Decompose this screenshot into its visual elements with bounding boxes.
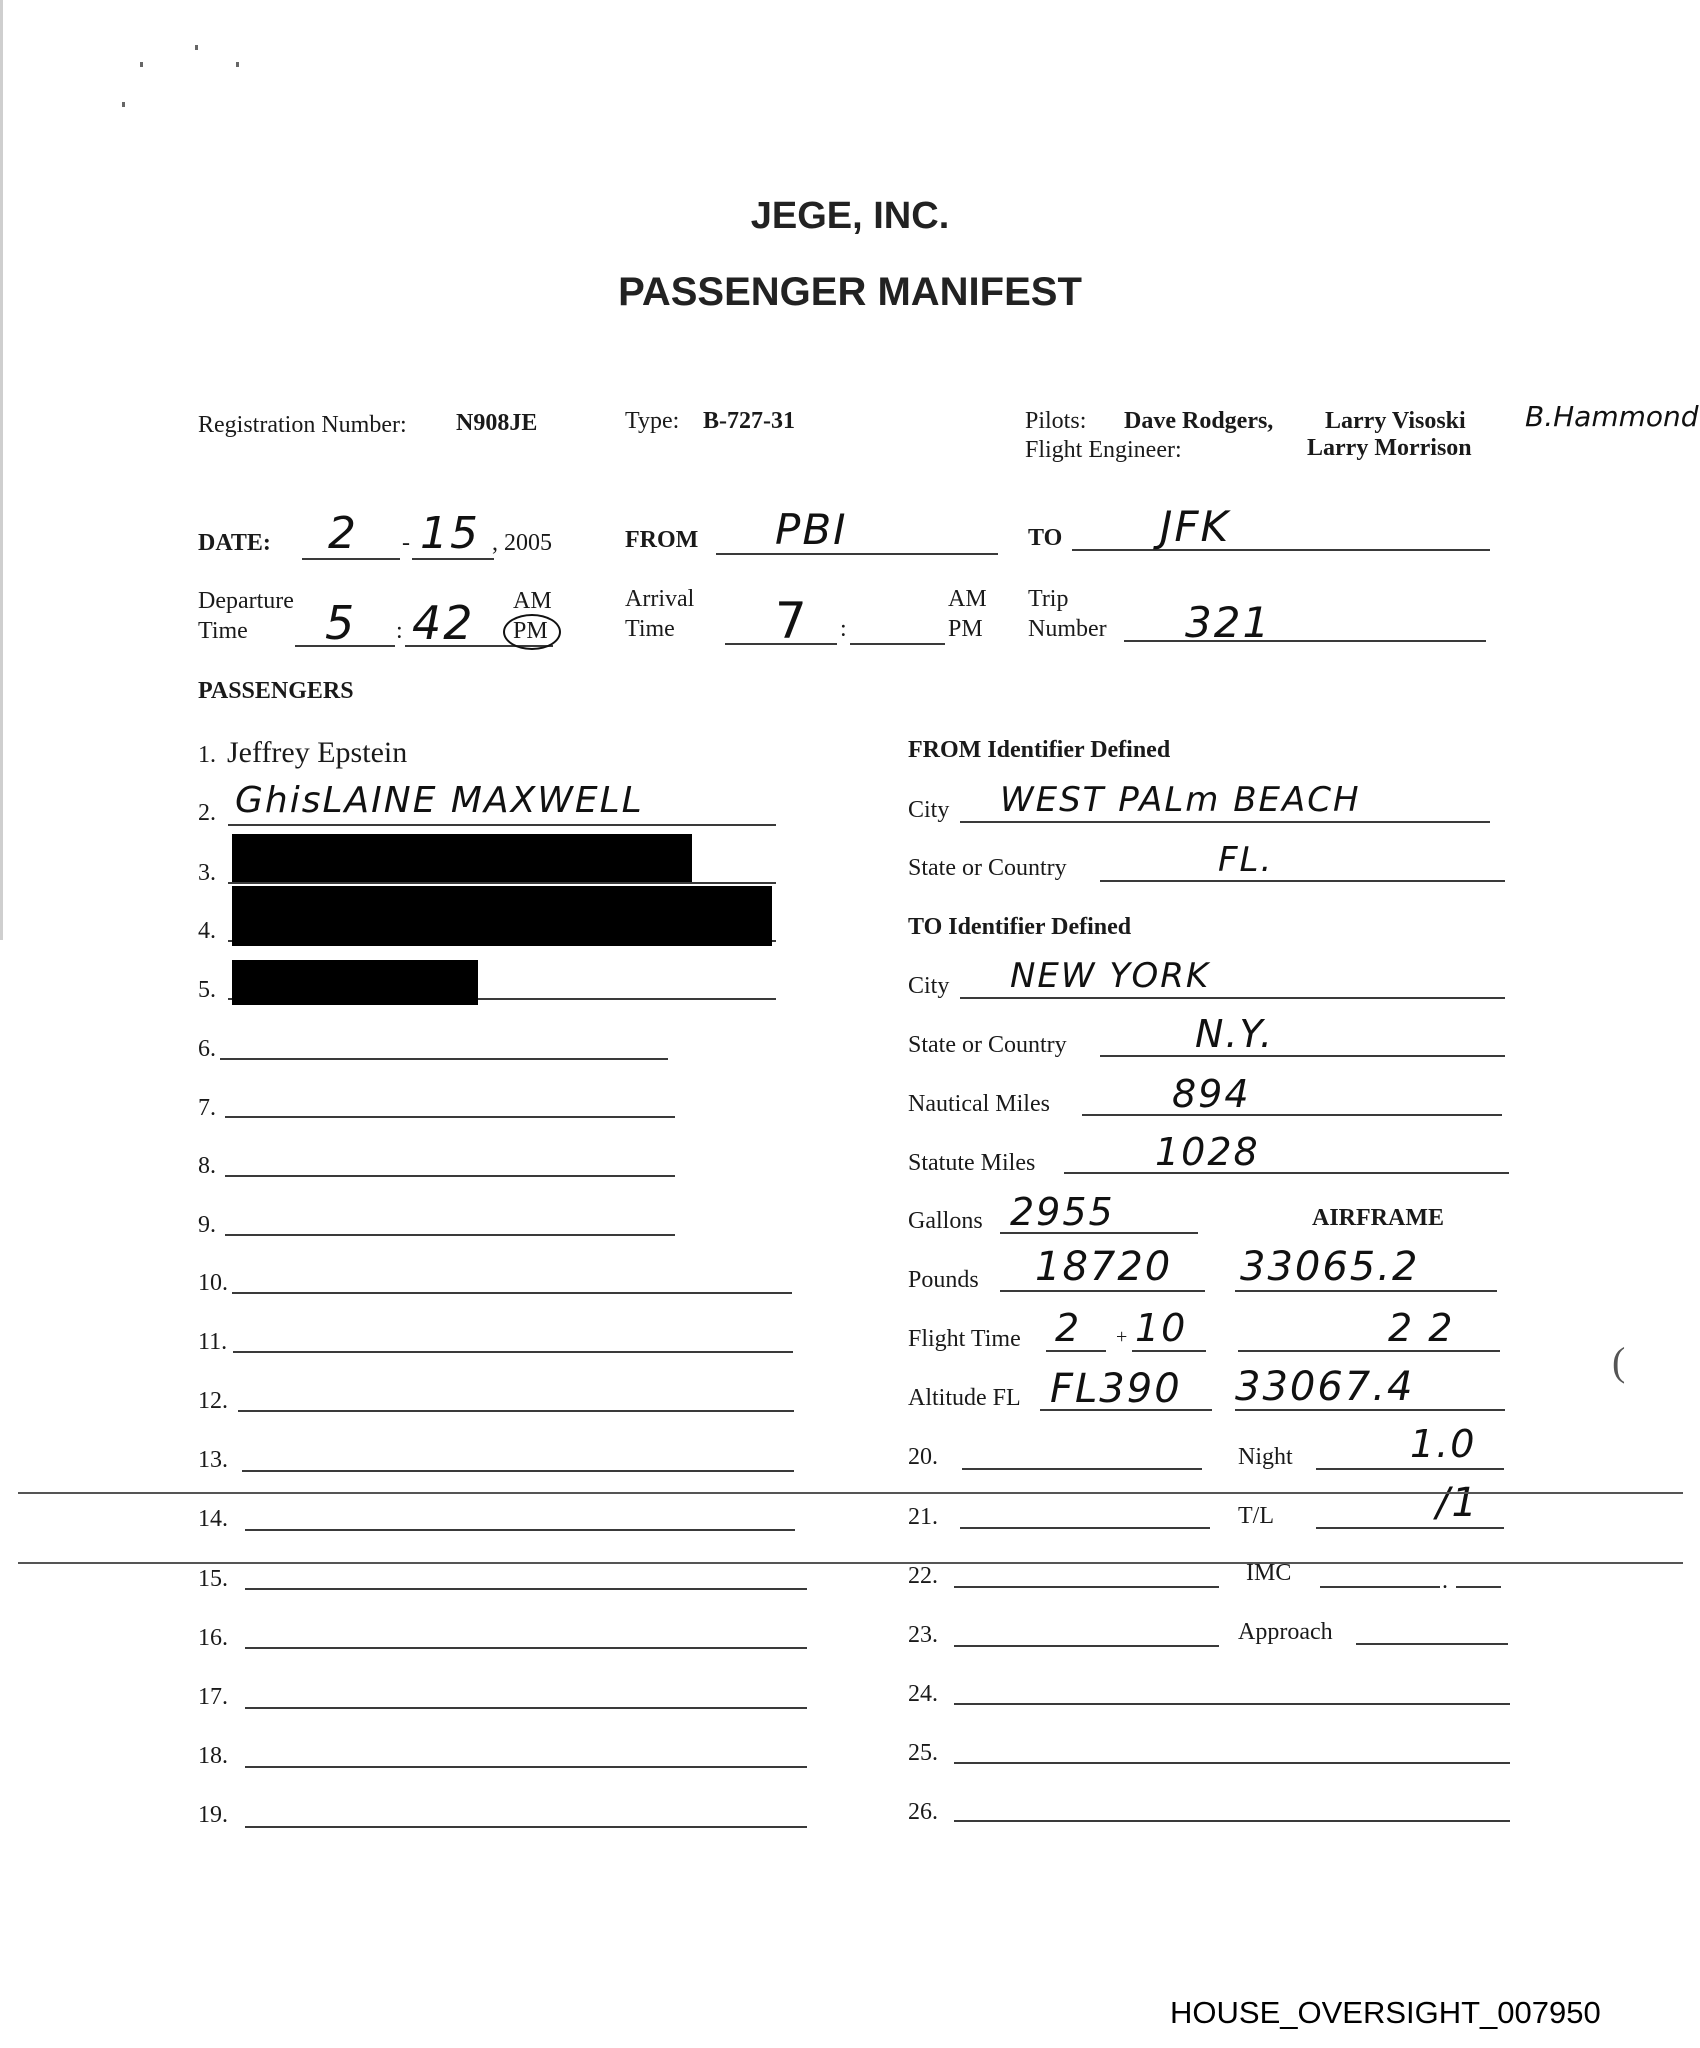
from-label: FROM: [625, 527, 698, 554]
gallons-label: Gallons: [908, 1208, 983, 1235]
passenger-num-14: 14.: [198, 1506, 228, 1533]
type-label: Type:: [625, 408, 679, 435]
passenger-line-25[interactable]: [954, 1762, 1510, 1764]
pilot-2: Larry Visoski: [1325, 408, 1466, 435]
passenger-num-26: 26.: [908, 1799, 938, 1826]
pounds-line: [1000, 1290, 1205, 1292]
to-value[interactable]: JFK: [1160, 502, 1230, 551]
passenger-line-7[interactable]: [225, 1116, 675, 1118]
passenger-num-9: 9.: [198, 1212, 216, 1239]
scan-rule-1: [18, 1492, 1683, 1494]
flight-time-m-line: [1132, 1350, 1206, 1352]
to-label: TO: [1028, 525, 1062, 552]
date-month[interactable]: 2: [328, 508, 358, 559]
passenger-line-26[interactable]: [954, 1820, 1510, 1822]
passenger-line-15[interactable]: [245, 1588, 807, 1590]
flight-time-label: Flight Time: [908, 1326, 1021, 1353]
passenger-line-21[interactable]: [960, 1527, 1210, 1529]
passenger-line-13[interactable]: [242, 1470, 794, 1472]
from-state[interactable]: FL.: [1218, 840, 1273, 880]
redaction-box-3: [232, 834, 692, 882]
from-city-line: [960, 821, 1490, 823]
passenger-num-17: 17.: [198, 1684, 228, 1711]
pounds[interactable]: 18720: [1035, 1244, 1172, 1290]
passenger-num-4: 4.: [198, 918, 216, 945]
arrival-am[interactable]: AM: [948, 586, 987, 613]
departure-hour[interactable]: 5: [325, 596, 356, 650]
to-state[interactable]: N.Y.: [1195, 1012, 1274, 1056]
passenger-num-23: 23.: [908, 1622, 938, 1649]
pilot-handwritten: B.Hammond: [1525, 400, 1699, 433]
registration-label: Registration Number:: [198, 412, 407, 439]
passenger-num-15: 15.: [198, 1566, 228, 1593]
passenger-line-23[interactable]: [954, 1645, 1219, 1647]
from-state-line: [1100, 880, 1505, 882]
passenger-num-5: 5.: [198, 977, 216, 1004]
pilot-1: Dave Rodgers,: [1124, 408, 1273, 435]
night-line: [1316, 1468, 1504, 1470]
type-value: B-727-31: [703, 408, 795, 435]
approach-label: Approach: [1238, 1619, 1333, 1646]
passenger-line-2: [228, 824, 776, 826]
night-label: Night: [1238, 1444, 1293, 1471]
airframe-delta[interactable]: 2 2: [1388, 1306, 1454, 1350]
to-state-line: [1100, 1055, 1505, 1057]
passenger-line-16[interactable]: [245, 1647, 807, 1649]
pilots-label: Pilots:: [1025, 408, 1086, 435]
margin-mark: (: [1612, 1338, 1625, 1385]
flight-time-hours[interactable]: 2: [1055, 1306, 1081, 1350]
to-state-label: State or Country: [908, 1032, 1067, 1059]
departure-am[interactable]: AM: [513, 588, 552, 615]
passenger-line-24[interactable]: [954, 1703, 1510, 1705]
scan-rule-2: [18, 1562, 1683, 1564]
nautical-miles-label: Nautical Miles: [908, 1091, 1050, 1118]
date-year: , 2005: [492, 530, 552, 557]
passenger-name-1[interactable]: Jeffrey Epstein: [227, 736, 407, 770]
passenger-line-17[interactable]: [245, 1707, 807, 1709]
arrival-min-line: [850, 643, 945, 645]
imc-line-2: [1456, 1586, 1501, 1588]
tl-line: [1316, 1527, 1504, 1529]
company-name: JEGE, INC.: [0, 195, 1700, 238]
altitude[interactable]: FL390: [1050, 1366, 1182, 1412]
passenger-num-19: 19.: [198, 1802, 228, 1829]
passenger-name-2[interactable]: GhisLAINE MAXWELL: [235, 780, 644, 821]
altitude-label: Altitude FL: [908, 1385, 1021, 1412]
registration-value: N908JE: [456, 410, 537, 437]
departure-time-sep: :: [396, 618, 403, 645]
departure-label-1: Departure: [198, 588, 294, 615]
passenger-line-8[interactable]: [225, 1175, 675, 1177]
engineer-value: Larry Morrison: [1307, 435, 1472, 462]
passenger-num-1: 1.: [198, 742, 216, 769]
scan-speck: [122, 102, 125, 107]
arrival-label-1: Arrival: [625, 586, 694, 613]
pm-selected-circle: [503, 614, 561, 650]
nautical-miles[interactable]: 894: [1172, 1072, 1251, 1116]
passenger-num-18: 18.: [198, 1743, 228, 1770]
airframe-heading: AIRFRAME: [1312, 1205, 1444, 1232]
passenger-line-12[interactable]: [238, 1410, 794, 1412]
scan-speck: [195, 45, 198, 50]
approach-line[interactable]: [1356, 1643, 1508, 1645]
document-title: PASSENGER MANIFEST: [0, 270, 1700, 315]
arrival-time-sep: :: [840, 616, 847, 643]
passenger-num-25: 25.: [908, 1740, 938, 1767]
passenger-line-20[interactable]: [962, 1468, 1202, 1470]
flight-time-h-line: [1046, 1350, 1106, 1352]
date-day[interactable]: 15: [420, 508, 480, 559]
to-identifier-heading: TO Identifier Defined: [908, 914, 1131, 941]
from-state-label: State or Country: [908, 855, 1067, 882]
passenger-num-20: 20.: [908, 1444, 938, 1471]
to-line: [1072, 549, 1490, 551]
passenger-num-8: 8.: [198, 1153, 216, 1180]
date-label: DATE:: [198, 530, 271, 557]
passengers-heading: PASSENGERS: [198, 678, 354, 705]
passenger-num-13: 13.: [198, 1447, 228, 1474]
airframe-start-line: [1235, 1290, 1497, 1292]
flight-time-minutes[interactable]: 10: [1135, 1306, 1187, 1350]
imc-line-1: [1320, 1586, 1440, 1588]
statute-miles-line: [1064, 1172, 1509, 1174]
passenger-num-2: 2.: [198, 800, 216, 827]
passenger-line-6[interactable]: [220, 1058, 668, 1060]
from-city-label: City: [908, 797, 949, 824]
passenger-line-3: [228, 882, 776, 884]
trip-line: [1124, 640, 1486, 642]
statute-miles-label: Statute Miles: [908, 1150, 1035, 1177]
passenger-line-11[interactable]: [233, 1351, 793, 1353]
passenger-line-9[interactable]: [225, 1234, 675, 1236]
to-city-label: City: [908, 973, 949, 1000]
tl[interactable]: /1: [1436, 1480, 1479, 1526]
departure-min[interactable]: 42: [412, 596, 475, 650]
to-city[interactable]: NEW YORK: [1010, 956, 1210, 996]
to-city-line: [960, 997, 1505, 999]
airframe-end[interactable]: 33067.4: [1235, 1364, 1414, 1410]
scan-speck: [140, 62, 143, 67]
passenger-num-24: 24.: [908, 1681, 938, 1708]
passenger-num-11: 11.: [198, 1329, 227, 1356]
statute-miles[interactable]: 1028: [1155, 1130, 1260, 1174]
arrival-pm[interactable]: PM: [948, 616, 983, 643]
arrival-hour[interactable]: 7: [775, 592, 809, 650]
airframe-delta-line: [1238, 1350, 1500, 1352]
passenger-num-22: 22.: [908, 1563, 938, 1590]
night[interactable]: 1.0: [1410, 1422, 1476, 1466]
scan-speck: [236, 62, 239, 67]
passenger-num-16: 16.: [198, 1625, 228, 1652]
from-line: [716, 553, 998, 555]
passenger-num-21: 21.: [908, 1504, 938, 1531]
passenger-num-12: 12.: [198, 1388, 228, 1415]
airframe-start[interactable]: 33065.2: [1240, 1244, 1419, 1290]
from-city[interactable]: WEST PALm BEACH: [1000, 780, 1361, 820]
arrival-label-2: Time: [625, 616, 675, 643]
passenger-line-19[interactable]: [245, 1826, 807, 1828]
date-separator: -: [402, 530, 410, 557]
redaction-box-4: [232, 886, 772, 946]
imc-label: IMC: [1246, 1560, 1291, 1587]
bates-number: HOUSE_OVERSIGHT_007950: [1170, 1995, 1601, 2031]
passenger-num-7: 7.: [198, 1095, 216, 1122]
from-identifier-heading: FROM Identifier Defined: [908, 737, 1170, 764]
passenger-line-22[interactable]: [954, 1586, 1219, 1588]
passenger-line-14[interactable]: [245, 1529, 795, 1531]
passenger-num-10: 10.: [198, 1270, 228, 1297]
passenger-line-18[interactable]: [245, 1766, 807, 1768]
gallons[interactable]: 2955: [1010, 1190, 1115, 1234]
pounds-label: Pounds: [908, 1267, 979, 1294]
flight-time-plus: +: [1116, 1326, 1127, 1349]
from-value[interactable]: PBI: [775, 505, 848, 554]
passenger-num-6: 6.: [198, 1036, 216, 1063]
engineer-label: Flight Engineer:: [1025, 437, 1182, 464]
passenger-line-10[interactable]: [232, 1292, 792, 1294]
passenger-num-3: 3.: [198, 860, 216, 887]
scan-edge: [0, 0, 3, 940]
redaction-box-5: [232, 960, 478, 1005]
trip-number[interactable]: 321: [1185, 598, 1271, 647]
imc-decimal: .: [1442, 1568, 1448, 1595]
tl-label: T/L: [1238, 1503, 1274, 1530]
trip-label-2: Number: [1028, 616, 1107, 643]
departure-label-2: Time: [198, 618, 248, 645]
nautical-miles-line: [1082, 1114, 1502, 1116]
trip-label-1: Trip: [1028, 586, 1068, 613]
